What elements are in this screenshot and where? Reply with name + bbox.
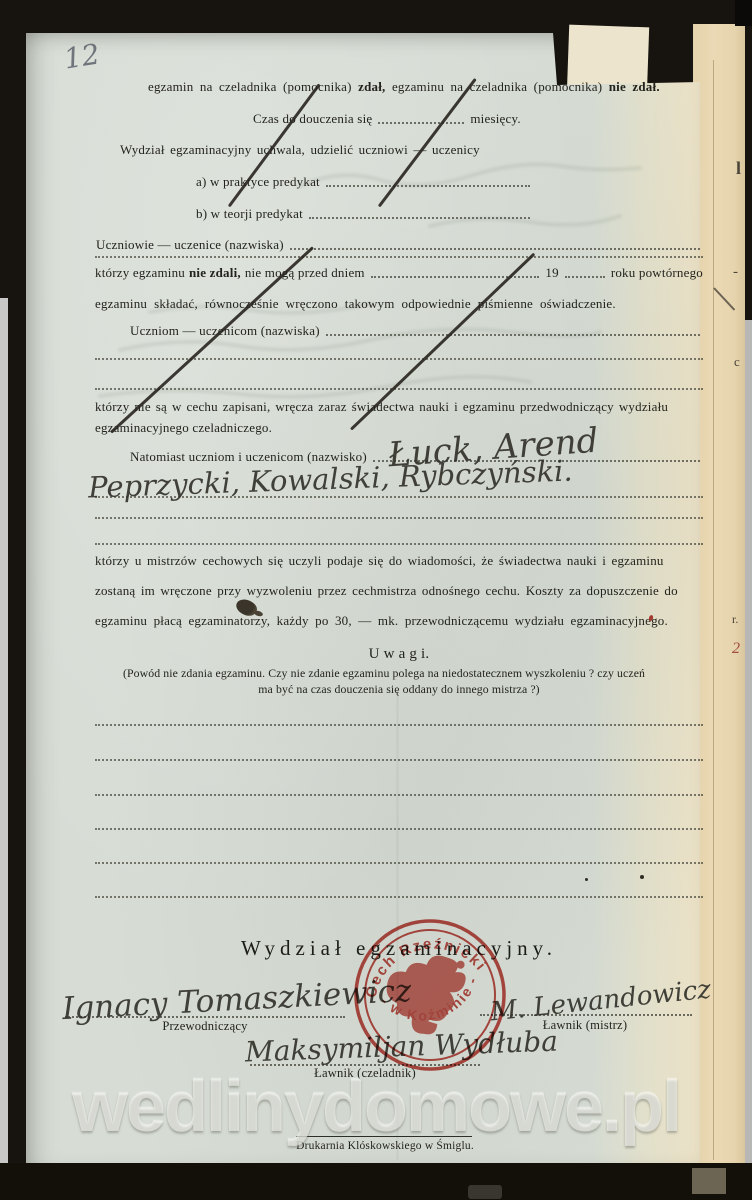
dotted-rule xyxy=(95,543,703,545)
dotted-blank xyxy=(326,184,530,187)
uwagi-note-line1: (Powód nie zdania egzaminu. Czy nie zdan… xyxy=(80,667,688,681)
scanner-edge-left xyxy=(0,298,8,1164)
item-a-text: a) w praktyce predykat xyxy=(196,175,320,190)
scan-smudge xyxy=(468,1185,502,1199)
form-line-uczniowie: Uczniowie — uczenice (nazwiska) xyxy=(96,238,702,253)
dotted-blank xyxy=(565,275,605,278)
scanned-document: 12 egzamin na czeladnika (pomocnika) zda… xyxy=(0,0,752,1200)
page-number-handwritten: 12 xyxy=(62,37,102,75)
form-line-mistrz2: zostaną im wręczone przy wyzwoleniu prze… xyxy=(95,584,678,599)
margin-mark: c xyxy=(734,354,740,370)
dotted-rule xyxy=(95,256,703,258)
form-line-mistrz1: którzy u mistrzów cechowych się uczyli p… xyxy=(95,554,664,569)
exam-passed-bold: zdał, xyxy=(358,79,385,94)
dotted-rule xyxy=(95,517,703,519)
underlying-page-crease xyxy=(713,60,714,1160)
nie-zdali-pre: którzy egzaminu xyxy=(95,266,185,281)
dotted-rule xyxy=(95,896,703,898)
form-line-nie-zdali2: egzaminu składać, równocześnie wręczono … xyxy=(95,297,616,312)
margin-mark: - xyxy=(733,264,738,281)
item-b-text: b) w teorji predykat xyxy=(196,207,303,222)
form-line-predykat-b: b) w teorji predykat xyxy=(196,207,532,222)
nie-zdali-post: roku powtórnego xyxy=(611,266,703,281)
dotted-blank xyxy=(378,121,464,124)
dotted-rule xyxy=(95,828,703,830)
dotted-blank xyxy=(309,216,530,219)
form-line-mistrz3: egzaminu płacą egzaminatorzy, każdy po 3… xyxy=(95,614,668,629)
exam-text: egzamin na czeladnika (pomocnika) xyxy=(148,79,352,94)
exam-failed-bold: nie zdał. xyxy=(609,79,660,94)
margin-mark: r. xyxy=(732,612,738,627)
dotted-rule xyxy=(95,724,703,726)
uwagi-title: U w a g i. xyxy=(95,646,703,663)
dotted-rule xyxy=(95,862,703,864)
nie-zdali-year: 19 xyxy=(545,266,558,281)
czas-post: miesięcy. xyxy=(470,112,520,127)
uczniowie-text: Uczniowie — uczenice (nazwiska) xyxy=(96,238,284,253)
scan-bottom-bar xyxy=(0,1163,752,1200)
czas-pre: Czas do douczenia się xyxy=(253,112,372,127)
scan-black-corner xyxy=(735,0,752,26)
dotted-blank xyxy=(290,247,700,250)
margin-mark: l xyxy=(736,158,741,179)
dotted-blank xyxy=(371,275,540,278)
nie-zdali-mid: nie mogą przed dniem xyxy=(245,266,365,281)
watermark: wedlinydomowe.pl xyxy=(0,1066,752,1148)
paper-speck xyxy=(585,878,588,881)
uwagi-note-line2: ma być na czas douczenia się oddany do i… xyxy=(95,683,703,697)
dotted-rule xyxy=(95,759,703,761)
dotted-rule xyxy=(95,388,703,390)
nie-zdali-bold: nie zdali, xyxy=(189,266,241,281)
paper-speck xyxy=(640,875,644,879)
exam-text2: egzaminu na czeladnika (pomocnika) xyxy=(392,79,602,94)
form-line-nie-zdali: którzy egzaminu nie zdali, nie mogą prze… xyxy=(95,266,703,281)
dotted-rule xyxy=(95,794,703,796)
scanner-edge-right xyxy=(745,320,752,1165)
dotted-blank xyxy=(326,333,700,336)
scan-smudge xyxy=(692,1168,726,1194)
form-line-exam-result: egzamin na czeladnika (pomocnika) zdał, … xyxy=(148,80,660,95)
margin-mark-red: 2 xyxy=(732,640,740,658)
